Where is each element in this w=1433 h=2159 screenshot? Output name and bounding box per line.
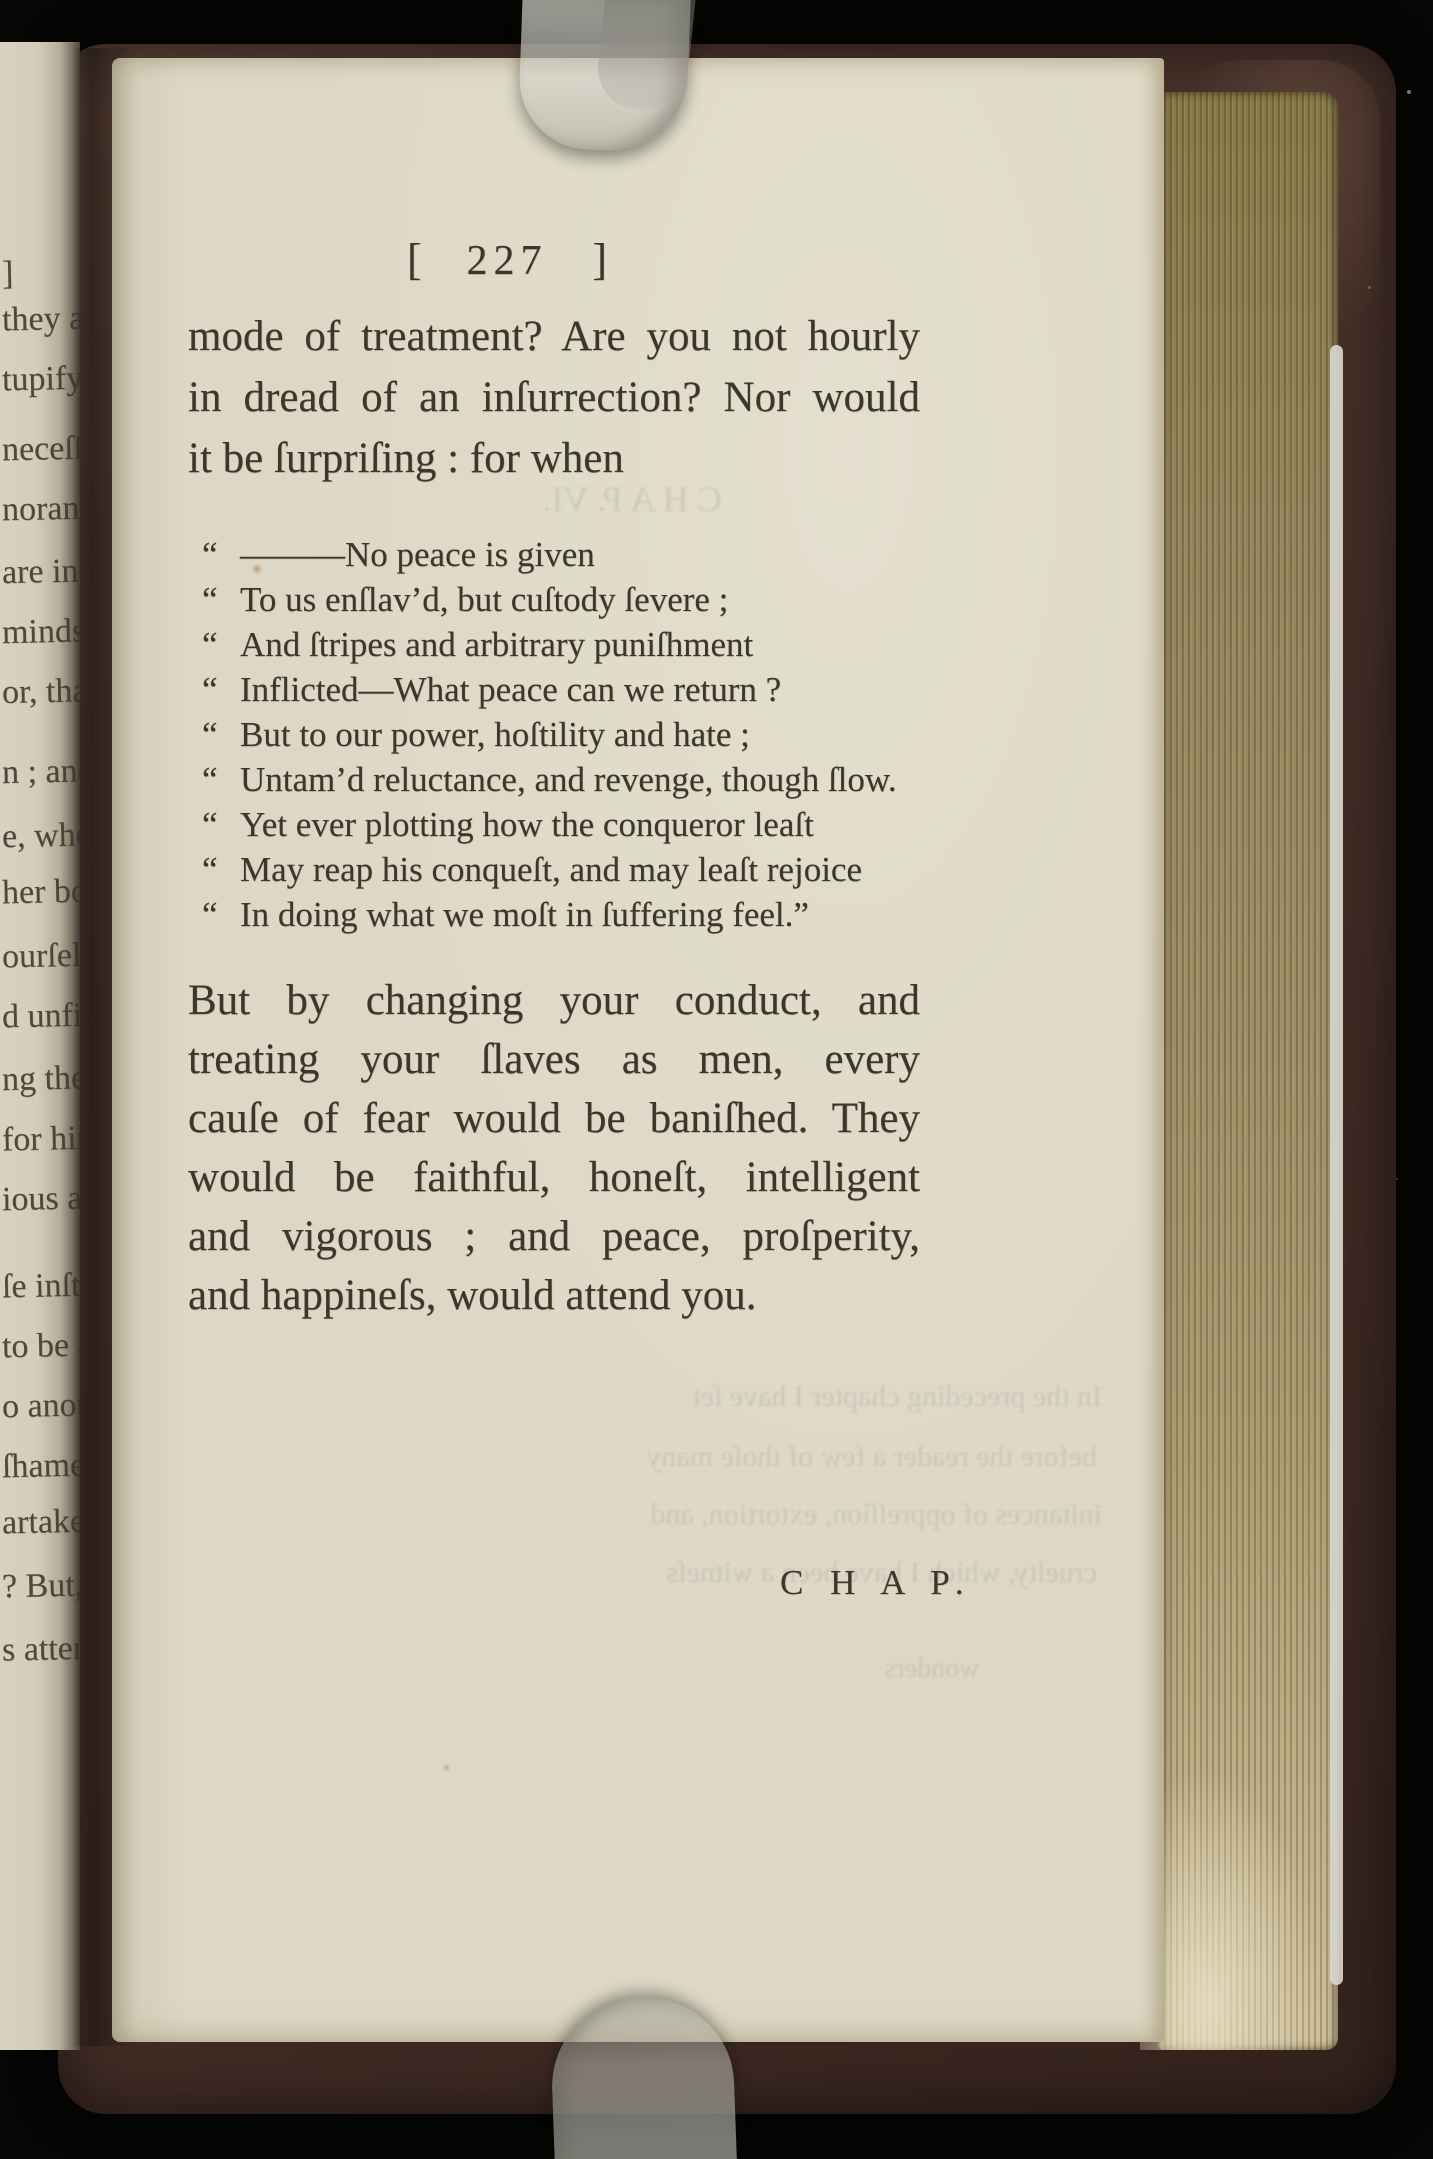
facing-page-text-fragment: for him!— [2,1118,80,1159]
paragraph-line: in dread of an inſurrection? Nor would [188,367,920,428]
verse-quote-mark: “ [202,622,240,667]
catchword: C H A P. [780,1563,973,1603]
verse-line-text: To us enſlav’d, but cuſtody ſevere ; [240,580,728,619]
paragraph-line: mode of treatment? Are you not hourly [188,306,920,367]
page-header: [ 227 ] [407,234,607,285]
verse-line: “———No peace is given [202,532,962,577]
verse-quotation: “———No peace is given “To us enſlav’d, b… [202,532,962,937]
paragraph-line: and happineſs, would attend you. [188,1266,920,1325]
verse-line-text: May reap his conqueſt, and may leaſt rej… [240,850,862,889]
dust-speck [1396,1178,1398,1180]
verse-quote-mark: “ [202,757,240,802]
facing-page-text-fragment: e, where [2,816,80,856]
verse-line-text: ———No peace is given [240,535,595,574]
book-photograph: ] they are n tupify the neceſſary noranc… [0,0,1433,2159]
verse-quote-mark: “ [202,532,240,577]
facing-page-text-fragment: ourſelves, [2,936,80,977]
verse-line: “To us enſlav’d, but cuſtody ſevere ; [202,577,962,622]
foxing-stain [442,1763,451,1772]
paragraph-2: But by changing your conduct, and treati… [188,971,920,1325]
facing-page-text-fragment: ng the t [2,1059,80,1099]
facing-page-text-fragment: o anothe [2,1386,80,1426]
facing-page-text-fragment: artakers o [2,1502,80,1543]
verse-line-text: Untam’d reluctance, and revenge, though … [240,760,897,799]
facing-page-text-fragment: are inca [2,552,80,592]
facing-page-text-fragment: ſe inſtrum [2,1266,80,1307]
paragraph-line: and vigorous ; and peace, proſperity, [188,1207,920,1266]
verse-line-text: But to our power, hoſtility and hate ; [240,715,750,754]
facing-page-text-fragment: minds a [2,612,80,652]
header-bracket-left: [ [407,234,422,285]
facing-page-text-fragment: to be app [2,1326,80,1367]
verse-line: “In doing what we moſt in ſuffering feel… [202,892,962,937]
verse-quote-mark: “ [202,577,240,622]
verse-line-text: Inflicted—What peace can we return ? [240,670,781,709]
verse-line: “Yet ever plotting how the conqueror lea… [202,802,962,847]
book-page: C H A P. VI. In the preceding chapter I … [112,58,1164,2042]
verse-line-text: And ſtripes and arbitrary puniſhment [240,625,753,664]
ghost-showthrough-line: In the preceding chapter I have ſet [802,1380,1102,1414]
header-bracket-right: ] [592,234,607,285]
verse-line-text: In doing what we moſt in ſuffering feel.… [240,895,809,934]
facing-page-text-fragment: n ; and t [2,752,80,792]
paragraph-line: cauſe of fear would be baniſhed. They [188,1089,920,1148]
facing-page-text-fragment: neceſſary [2,429,80,470]
facing-page-text-fragment: ious and [2,1179,80,1219]
facing-page-text-fragment: ? But, ab [2,1566,80,1607]
dust-speck [1407,90,1411,94]
paragraph-line: it be ſurpriſing : for when [188,428,920,489]
verse-line: “But to our power, hoſtility and hate ; [202,712,962,757]
verse-line: “Inflicted—What peace can we return ? [202,667,962,712]
ghost-showthrough-line: inſtances of oppreſſion, extortion, and [767,1498,1102,1532]
verse-quote-mark: “ [202,802,240,847]
loose-page-edge [1330,345,1343,1985]
ghost-showthrough-line: wonders [872,1653,992,1685]
verse-quote-mark: “ [202,892,240,937]
page-number: 227 [467,237,548,285]
verse-line-text: Yet ever plotting how the conqueror leaſ… [240,805,814,844]
dust-speck [1368,286,1371,289]
facing-page-text-fragment: ] [2,255,14,293]
facing-page-text-fragment: or, that [2,672,80,712]
paragraph-line: treating your ſlaves as men, every [188,1030,920,1089]
paragraph-line: would be faithful, honeſt, intelligent [188,1148,920,1207]
facing-page-text-fragment: d unfiniſh [2,996,80,1037]
paragraph-1: mode of treatment? Are you not hourly in… [188,306,920,489]
facing-page-text-fragment: her bount [2,872,80,913]
ghost-showthrough-line: before the reader a few of thoſe many [772,1440,1097,1474]
verse-quote-mark: “ [202,667,240,712]
verse-quote-mark: “ [202,847,240,892]
facing-page-sliver: ] they are n tupify the neceſſary noranc… [0,42,80,2050]
facing-page-text-fragment: tupify the [2,359,80,400]
paragraph-line: But by changing your conduct, and [188,971,920,1030]
facing-page-text-fragment: they are n [2,299,80,340]
verse-quote-mark: “ [202,712,240,757]
verse-line: “And ſtripes and arbitrary puniſhment [202,622,962,667]
facing-page-text-fragment: s attending [2,1628,80,1669]
verse-line: “Untam’d reluctance, and revenge, though… [202,757,962,802]
fore-edge-bottom-glow [1140,1750,1330,2050]
facing-page-text-fragment: ſhame an [2,1446,80,1487]
facing-page-text-fragment: norance ; [2,489,80,530]
verse-line: “May reap his conqueſt, and may leaſt re… [202,847,962,892]
